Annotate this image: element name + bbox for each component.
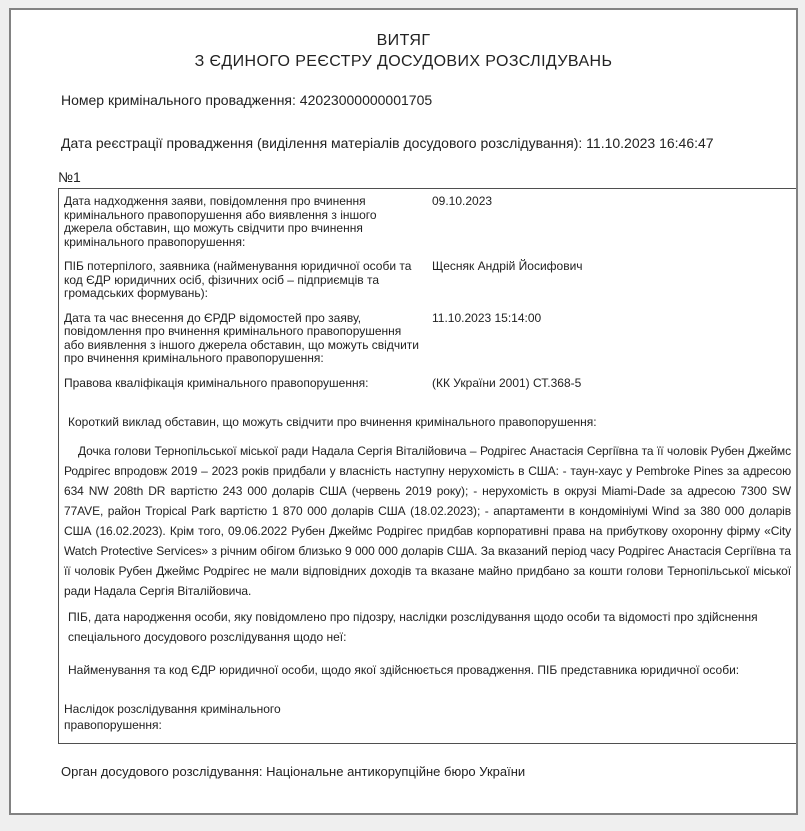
investigation-body-line: Орган досудового розслідування: Націонал…: [61, 764, 796, 780]
row-label: Правова кваліфікація кримінального право…: [64, 377, 430, 391]
row-label: ПІБ потерпілого, заявника (найменування …: [64, 260, 430, 301]
row-value: 09.10.2023: [430, 195, 791, 249]
row-value: Щесняк Андрій Йосифович: [430, 260, 791, 301]
document-subtitle: З ЄДИНОГО РЕЄСТРУ ДОСУДОВИХ РОЗСЛІДУВАНЬ: [11, 51, 796, 72]
summary-heading: Короткий виклад обставин, що можуть свід…: [64, 412, 791, 432]
document-title: ВИТЯГ: [11, 30, 796, 51]
table-row: ПІБ потерпілого, заявника (найменування …: [64, 260, 791, 301]
row-label: Дата та час внесення до ЄРДР відомостей …: [64, 312, 430, 366]
record-table: Дата надходження заяви, повідомлення про…: [58, 188, 797, 744]
registration-date-line: Дата реєстрації провадження (виділення м…: [61, 133, 746, 153]
case-number-line: Номер кримінального провадження: 4202300…: [61, 90, 746, 110]
row-value: 11.10.2023 15:14:00: [430, 312, 791, 366]
record-number: №1: [58, 169, 796, 185]
table-row: Правова кваліфікація кримінального право…: [64, 377, 791, 391]
table-row: Дата надходження заяви, повідомлення про…: [64, 195, 791, 249]
legal-entity-heading: Найменування та код ЄДР юридичної особи,…: [64, 660, 791, 680]
suspect-heading: ПІБ, дата народження особи, яку повідомл…: [64, 607, 791, 647]
document-page: ВИТЯГ З ЄДИНОГО РЕЄСТРУ ДОСУДОВИХ РОЗСЛІ…: [9, 8, 798, 815]
row-value: (КК України 2001) СТ.368-5: [430, 377, 791, 391]
row-label: Дата надходження заяви, повідомлення про…: [64, 195, 430, 249]
table-row: Дата та час внесення до ЄРДР відомостей …: [64, 312, 791, 366]
outcome-label: Наслідок розслідування кримінального пра…: [64, 702, 314, 733]
summary-paragraph: Дочка голови Тернопільської міської ради…: [64, 441, 791, 601]
